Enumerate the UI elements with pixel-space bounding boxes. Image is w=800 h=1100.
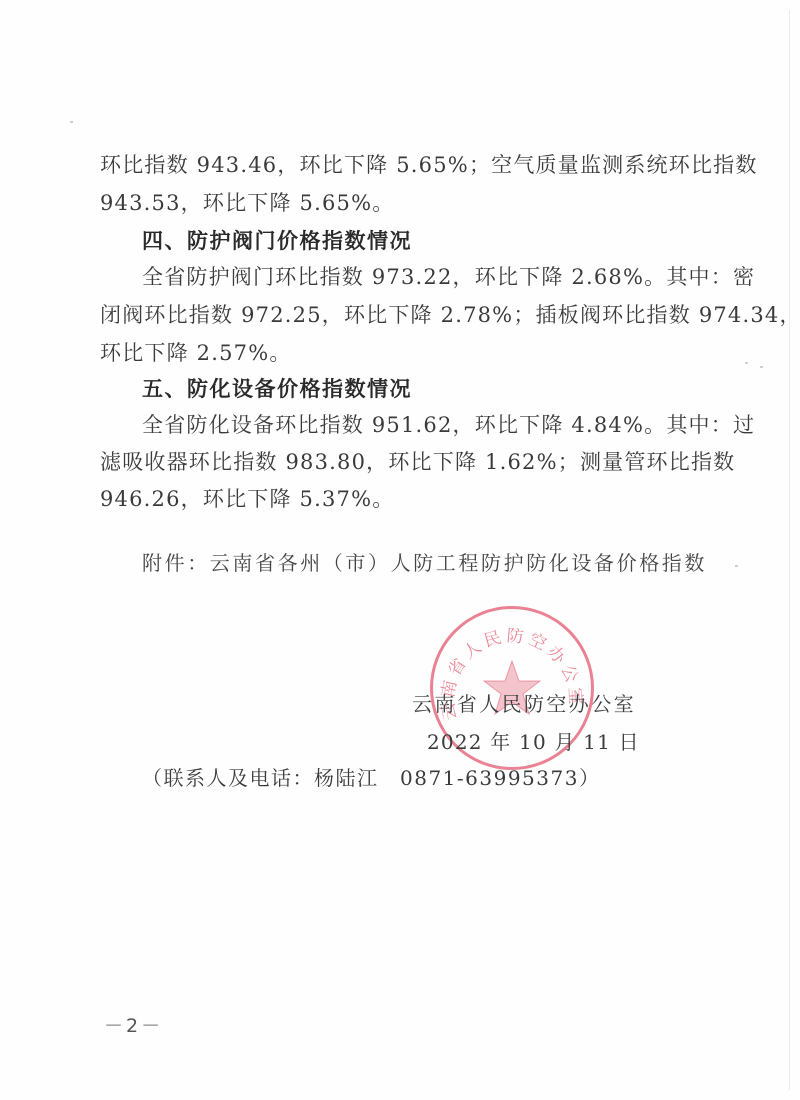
paragraph-line: 全省防护阀门环比指数 973.22，环比下降 2.68%。其中：密 bbox=[142, 262, 700, 292]
scan-speck bbox=[760, 366, 763, 368]
paragraph-line: 943.53，环比下降 5.65%。 bbox=[100, 188, 700, 218]
issuing-organization: 云南省人民防空办公室 bbox=[412, 689, 636, 719]
scan-speck bbox=[745, 362, 748, 364]
paragraph-line: 全省防化设备环比指数 951.62，环比下降 4.84%。其中：过 bbox=[142, 410, 700, 440]
section-heading-valves: 四、防护阀门价格指数情况 bbox=[142, 226, 412, 256]
issue-date: 2022 年 10 月 11 日 bbox=[427, 727, 640, 757]
paragraph-line: 946.26，环比下降 5.37%。 bbox=[100, 484, 700, 514]
scan-speck bbox=[735, 565, 738, 567]
paragraph-line: 环比下降 2.57%。 bbox=[100, 338, 700, 368]
scan-edge-line bbox=[789, 10, 790, 1090]
attachment-note: 附件：云南省各州（市）人防工程防护防化设备价格指数 bbox=[142, 548, 687, 578]
document-page: 环比指数 943.46，环比下降 5.65%；空气质量监测系统环比指数 943.… bbox=[0, 0, 800, 1100]
scan-speck bbox=[70, 121, 73, 123]
page-number: －2－ bbox=[104, 1013, 163, 1039]
section-heading-chemical-defense: 五、防化设备价格指数情况 bbox=[142, 374, 412, 404]
paragraph-line: 闭阀环比指数 972.25，环比下降 2.78%；插板阀环比指数 974.34， bbox=[100, 300, 700, 330]
paragraph-line: 环比指数 943.46，环比下降 5.65%；空气质量监测系统环比指数 bbox=[100, 150, 700, 180]
paragraph-line: 滤吸收器环比指数 983.80，环比下降 1.62%；测量管环比指数 bbox=[100, 447, 700, 477]
contact-info: （联系人及电话：杨陆江 0871-63995373） bbox=[142, 763, 600, 793]
